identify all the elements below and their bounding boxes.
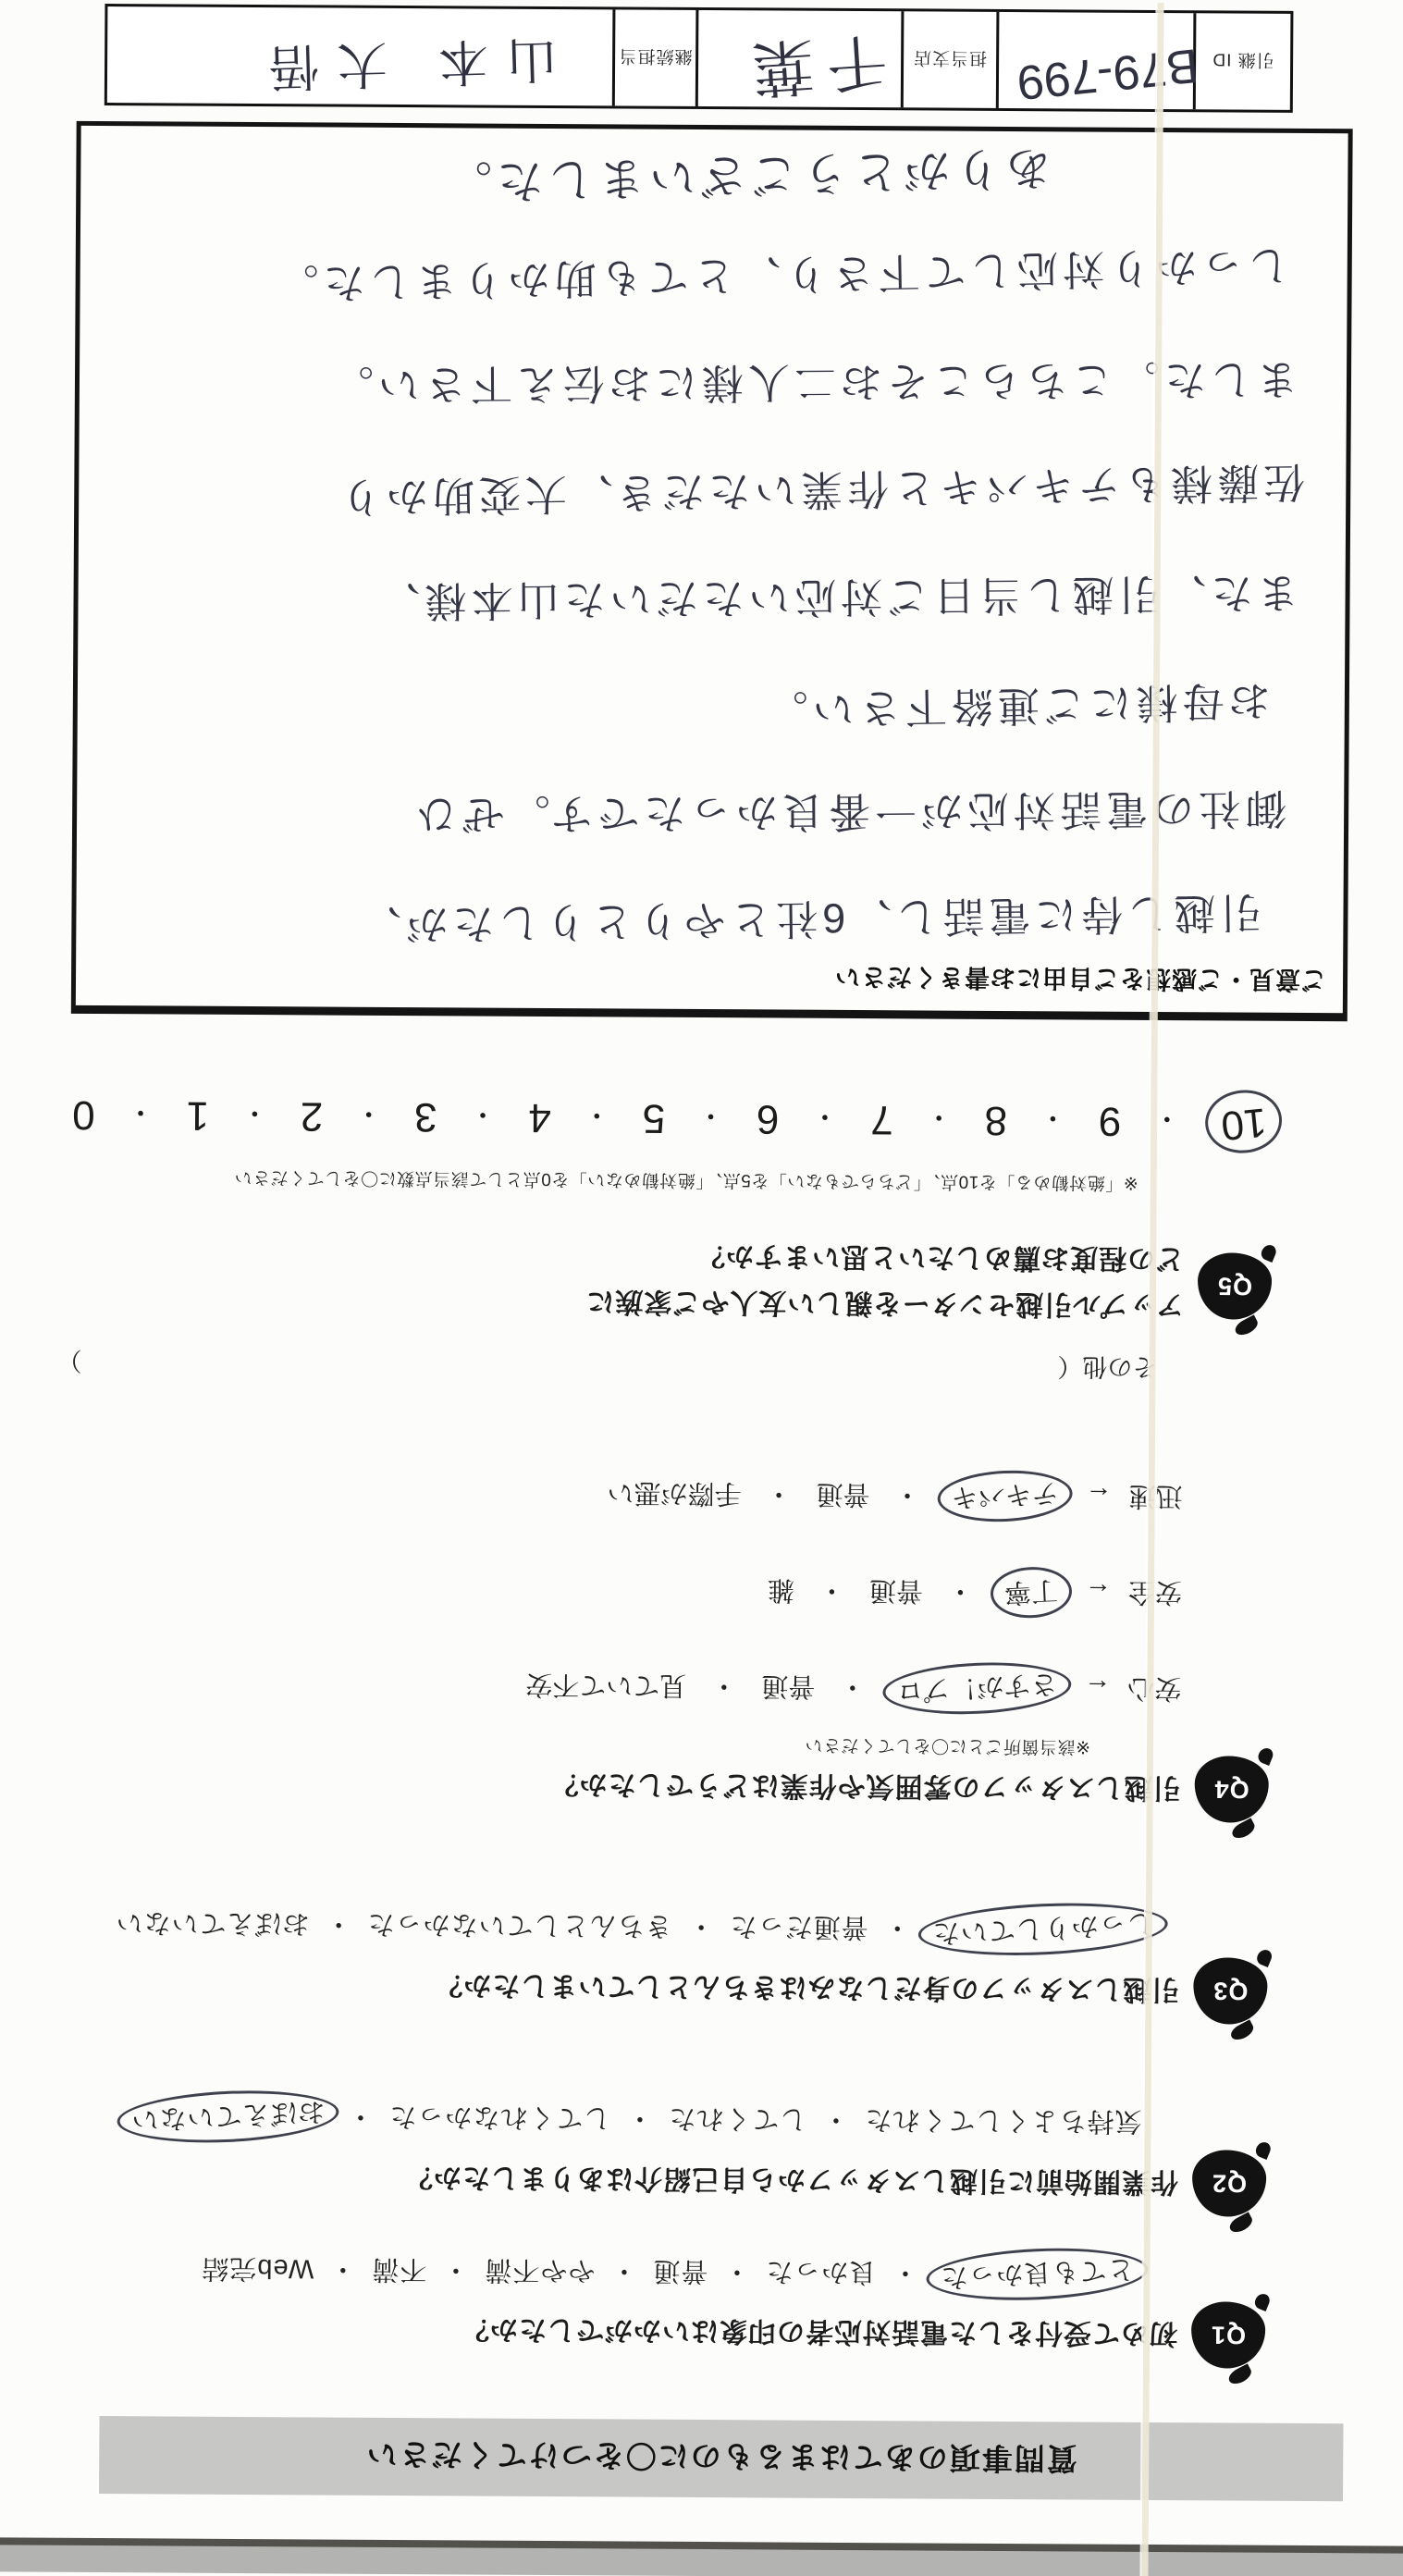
q1-badge-label: Q1 [1211,2321,1246,2349]
q2-title: 作業開始前に引越しスタッフから自己紹介はありましたか？ [404,2160,1178,2205]
q2-badge-label: Q2 [1212,2169,1247,2198]
q1-title: 初めて受付をした電話対応者の印象はいかがでしたか？ [461,2311,1177,2357]
q5-badge-label: Q5 [1217,1272,1252,1300]
q4-row-option: テキパキ [951,1477,1059,1511]
option-separator: ・ [821,2104,849,2134]
left-arrow-glyph: ← [1086,1481,1113,1510]
scale-separator: ・ [1039,1100,1066,1140]
handwritten-staff-name: 山本 大悟 [250,27,558,106]
q2-option: おぼえていない [130,2096,326,2135]
q4-row-option: 普通 [761,1670,815,1700]
q4-row-option: 普通 [869,1575,923,1605]
q5-selected-circle-mark: 10 [1202,1087,1285,1157]
q1-option: 良かった [765,2256,876,2286]
q5-title-line1: アップル引越センターを親しい友人やご家族に [585,1284,1184,1328]
q4-row1-selected-circle-mark: さすが！プロ [881,1658,1072,1718]
scale-number: 1 [186,1092,209,1139]
scale-separator: ・ [696,1098,724,1139]
left-arrow-glyph: ← [1084,1673,1111,1703]
handwritten-comment-line: 佐藤様もテキパキと作業いただき、大変助かり [336,455,1306,531]
scale-number: 10 [1219,1099,1269,1149]
q1-option: 不満 [371,2254,426,2284]
q4-row3-selected-circle-mark: テキパキ [936,1468,1073,1525]
q4-row-option: 手際が悪い [607,1477,741,1508]
q1-option: やや不満 [484,2255,595,2286]
q3-title: 引越しスタッフの身だしなみはきちんとしていましたか？ [434,1967,1179,2013]
scale-separator: ・ [811,1099,839,1140]
q3-badge-label: Q3 [1212,1977,1248,2005]
option-separator: ・ [710,1670,737,1700]
q3-option: きちんとしていなかった [367,1909,672,1941]
scale-separator: ・ [355,1096,383,1137]
option-separator: ・ [765,1478,792,1508]
handwritten-comment-line: ありがとうございました。 [441,138,1053,220]
q1-option: 普通 [652,2256,708,2286]
q4-title: 引越しスタッフの雰囲気や作業はどうでしたか？ [550,1767,1181,1811]
scale-number: 0 [72,1091,95,1138]
scale-separator: ・ [1153,1101,1181,1141]
handwritten-comment-line: また、引越し当日ご対応いただいた山本様、 [374,566,1299,635]
scale-number: 5 [643,1095,666,1141]
q5-title-line2: どの程度お薦めしたいと思いますか？ [696,1239,1184,1282]
branch-field: 千葉 [695,10,902,107]
q5-note: ※「絶対勧める」を10点、「どちらでもない」を5点、「絶対勧めない」を0点として… [234,1166,1138,1197]
q4-other-blank [81,1345,1057,1387]
option-separator: ・ [346,2101,374,2131]
q4-badge: Q4 [1194,1756,1268,1822]
q2-option: してくれなかった [388,2101,610,2132]
option-separator: ・ [947,1576,974,1606]
q2-option: してくれた [668,2103,806,2134]
questionnaire-title: 質問事項のあてはまるものに〇をつけてください [365,2434,1077,2483]
q4-note: ※該当箇所ごとに〇をしてください [805,1734,1090,1761]
scale-separator: ・ [127,1094,154,1135]
scale-number: 9 [1099,1098,1122,1144]
q1-option: とても良かった [940,2253,1135,2292]
handwritten-comment-line: お母様にご連絡下さい。 [761,674,1271,745]
q4-row-label: 安全 [1128,1577,1182,1607]
q3-badge: Q3 [1193,1957,1267,2024]
option-separator: ・ [818,1575,845,1605]
scale-separator: ・ [469,1096,497,1137]
comment-box: ご意見・ご感想をご自由にお書きください 引越し侍に電話し、6社とやりとりしたが、… [71,121,1353,1021]
branch-label: 担当支店 [901,11,997,108]
option-separator: ・ [839,1671,866,1701]
handover-header-strip: 引継 ID B79-799 担当支店 千葉 継続担当 山本 大悟 [105,4,1294,113]
handwritten-comment-line: ました。こちらこそお二人様にお伝え下さい。 [327,353,1298,419]
handover-id-label: 引継 ID [1193,13,1291,110]
scale-number: 6 [757,1095,780,1141]
comment-box-header: ご意見・ご感想をご自由にお書きください [76,956,1326,1000]
q3-option: おぼえていない [116,1907,310,1938]
q4-row-label: 迅速 [1129,1481,1183,1510]
q4-row-anshin: 安心←さすが！プロ・普通・見ていて不安 [525,1666,1181,1709]
q4-row-option: 丁寧 [1003,1575,1058,1608]
q3-options: しっかりしていた・普通だった・きちんとしていなかった・おぼえていない [116,1904,1161,1950]
option-separator: ・ [893,1479,920,1509]
q2-badge: Q2 [1192,2150,1266,2216]
option-separator: ・ [609,2255,637,2285]
handwritten-comment-line: 引越し侍に電話し、6社とやりとりしたが、 [355,885,1262,959]
q3-selected-circle-mark: しっかりしていた [917,1898,1169,1960]
left-arrow-glyph: ← [1085,1577,1112,1607]
scale-separator: ・ [925,1099,953,1140]
scale-number: 4 [528,1094,551,1140]
q4-row-anzen: 安全←丁寧・普通・雑 [768,1571,1182,1613]
q3-option: しっかりしていた [931,1908,1154,1948]
handwritten-handover-id: B79-799 [1015,37,1201,110]
q1-options: とても良かった・良かった・普通・やや不満・不満・Web完結 [201,2249,1141,2295]
q1-selected-circle-mark: とても良かった [925,2244,1149,2305]
scale-separator: ・ [240,1095,268,1136]
option-separator: ・ [722,2256,750,2286]
staff-field: 山本 大悟 [107,6,613,105]
questionnaire-title-bar: 質問事項のあてはまるものに〇をつけてください [99,2416,1343,2501]
scale-number: 7 [870,1096,893,1142]
q4-row-option: 雑 [768,1574,794,1604]
q4-row-jinsoku: 迅速←テキパキ・普通・手際が悪い [607,1473,1182,1517]
scale-separator: ・ [583,1097,610,1138]
scanned-questionnaire-page: 質問事項のあてはまるものに〇をつけてください Q1 初めて受付をした電話対応者の… [0,0,1403,2576]
q5-badge: Q5 [1198,1252,1272,1319]
handwritten-comment-line: 御社の電話対応が一番良かったです。ぜひ [411,782,1286,848]
staff-label: 継続担当 [612,9,696,106]
q2-option: 気持ちよくしてくれた [864,2104,1141,2136]
q1-option: Web完結 [201,2253,314,2284]
option-separator: ・ [625,2103,653,2133]
option-separator: ・ [441,2254,469,2284]
q4-badge-label: Q4 [1214,1775,1249,1804]
scale-number: 3 [414,1093,437,1140]
handover-id-field: B79-799 [996,12,1194,109]
option-separator: ・ [687,1911,715,1941]
q4-row2-selected-circle-mark: 丁寧 [990,1565,1073,1620]
q4-row-option: 見ていて不安 [525,1670,686,1700]
handwritten-branch-name: 千葉 [737,22,891,119]
q1-badge: Q1 [1191,2301,1265,2368]
scale-number: 8 [984,1097,1007,1143]
q4-row-label: 安心 [1127,1673,1181,1703]
q4-other-open: その他（ [1057,1350,1157,1387]
option-separator: ・ [325,1909,352,1939]
q4-other-close: ） [56,1345,81,1381]
option-separator: ・ [328,2254,356,2284]
q4-row-option: 普通 [816,1479,869,1509]
q5-nps-scale: 10 ・ 9 ・ 8 ・ 7 ・ 6 ・ 5 ・ 4 ・ 3 ・ 2 ・ 1 ・… [72,1089,1274,1148]
q2-options: 気持ちよくしてくれた・してくれた・してくれなかった・おぼえていない [124,2096,1141,2142]
option-separator: ・ [883,1912,911,1941]
option-separator: ・ [891,2257,918,2286]
q2-selected-circle-mark: おぼえていない [116,2086,339,2147]
scale-number: 2 [301,1092,324,1139]
q4-other-field: その他（ ） [56,1345,1157,1387]
handwritten-comment-line: しっかり対応して下さり、とても助かりました。 [272,239,1290,317]
q3-option: 普通だった [730,1911,868,1941]
q4-row-option: さすが！プロ [896,1669,1058,1706]
